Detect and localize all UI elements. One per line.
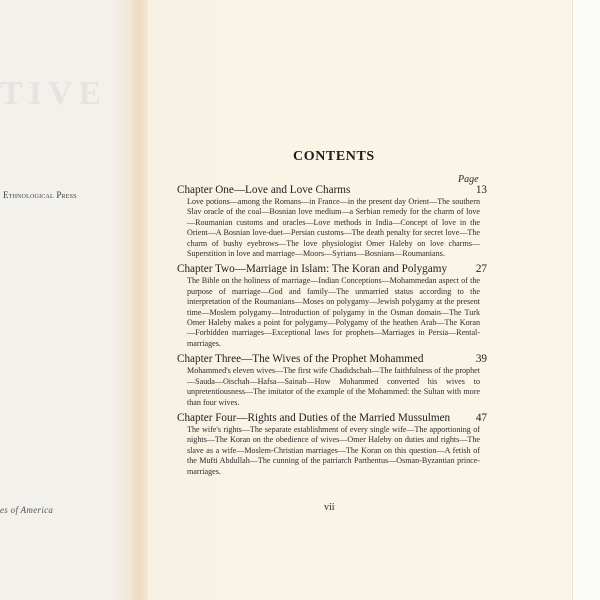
page-title: CONTENTS [293, 149, 375, 165]
chapter-title: Chapter Four—Rights and Duties of the Ma… [177, 412, 450, 425]
chapter-summary: The Bible on the holiness of marriage—In… [187, 276, 480, 349]
chapter-title: Chapter Three—The Wives of the Prophet M… [177, 353, 423, 366]
book-gutter [128, 0, 150, 600]
chapter-page-number: 39 [473, 353, 487, 366]
chapter-page-number: 27 [473, 263, 487, 276]
table-of-contents: Chapter One—Love and Love Charms 13 Love… [177, 184, 487, 481]
chapter-summary: Mohammed's eleven wives—The first wife C… [187, 366, 480, 408]
publisher-name: Ethnological Press [3, 190, 77, 200]
toc-entry-chapter-three: Chapter Three—The Wives of the Prophet M… [177, 353, 487, 408]
toc-entry-chapter-one: Chapter One—Love and Love Charms 13 Love… [177, 184, 487, 259]
page-folio-number: vii [324, 502, 335, 513]
bleed-through-text: TIVE [0, 75, 110, 115]
chapter-summary: Love potions—among the Romans—in France—… [187, 197, 480, 259]
chapter-title: Chapter One—Love and Love Charms [177, 184, 350, 197]
left-page: TIVE Ethnological Press es of America [0, 0, 137, 600]
chapter-page-number: 47 [473, 412, 487, 425]
chapter-heading: Chapter Two—Marriage in Islam: The Koran… [177, 263, 487, 276]
chapter-heading: Chapter One—Love and Love Charms 13 [177, 184, 487, 197]
toc-entry-chapter-two: Chapter Two—Marriage in Islam: The Koran… [177, 263, 487, 349]
chapter-heading: Chapter Three—The Wives of the Prophet M… [177, 353, 487, 366]
chapter-heading: Chapter Four—Rights and Duties of the Ma… [177, 412, 487, 425]
chapter-title: Chapter Two—Marriage in Islam: The Koran… [177, 263, 447, 276]
toc-entry-chapter-four: Chapter Four—Rights and Duties of the Ma… [177, 412, 487, 477]
chapter-page-number: 13 [473, 184, 487, 197]
country-text-fragment: es of America [0, 505, 53, 515]
chapter-summary: The wife's rights—The separate establish… [187, 425, 480, 477]
